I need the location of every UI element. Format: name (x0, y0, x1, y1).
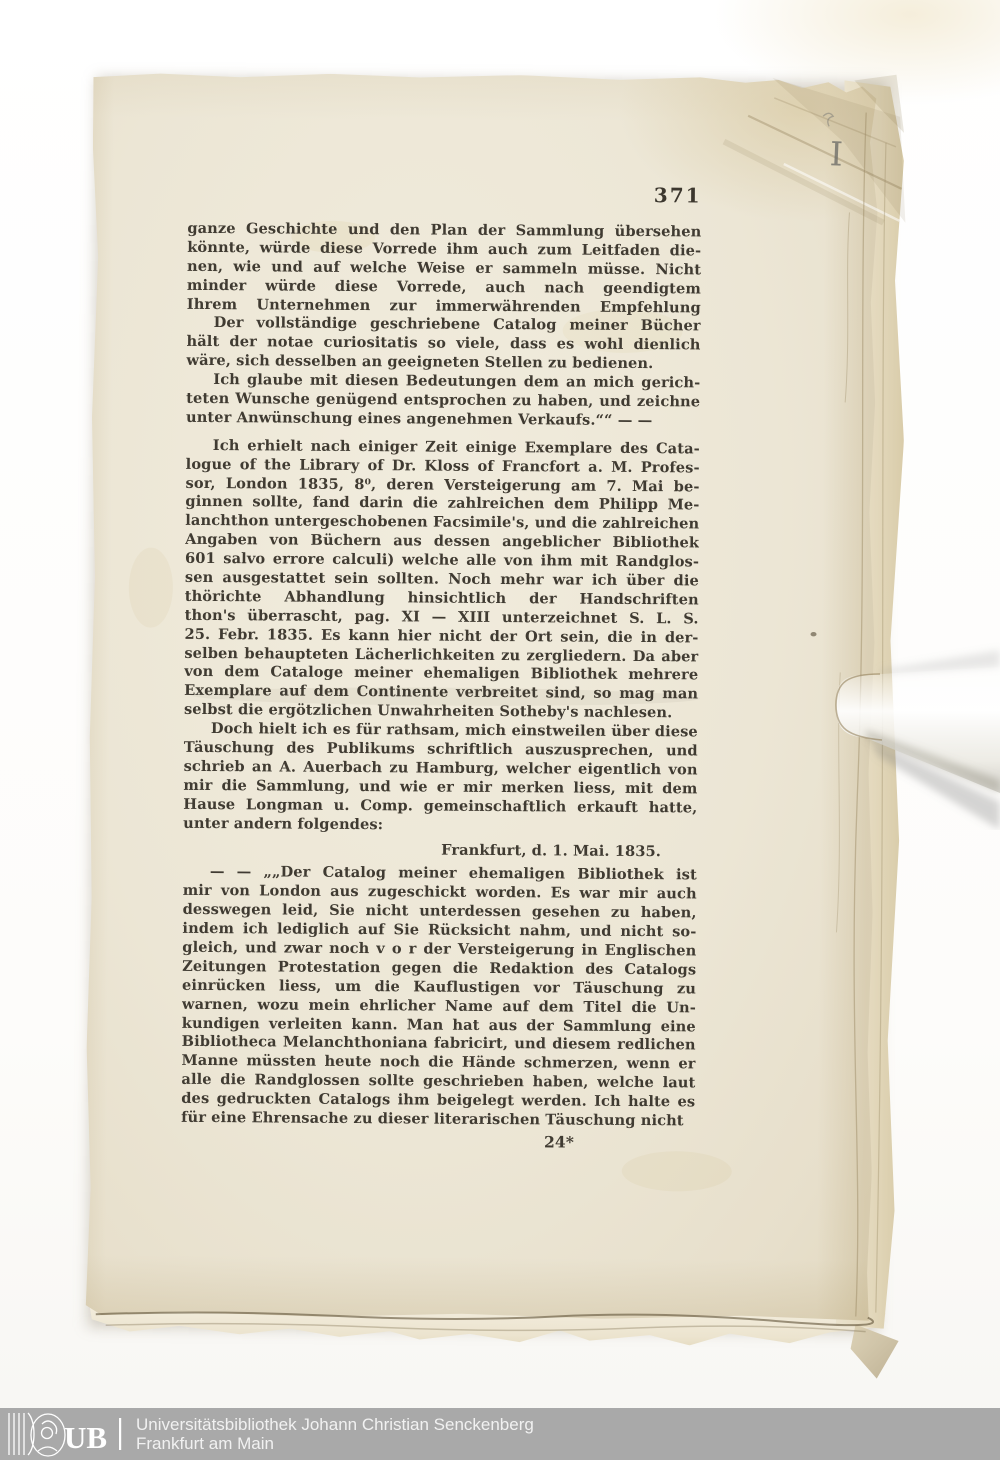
scanned-page: I 371 ganze Geschichte und den Plan der … (75, 67, 914, 1365)
text-line: unter andern folgendes: (183, 814, 697, 836)
paragraph-catalog: Der vollständige geschriebene Catalog me… (186, 314, 700, 374)
page-number: 371 (188, 180, 706, 208)
footer-library-name: Universitätsbibliothek Johann Christian … (136, 1415, 534, 1434)
crease-lines (723, 74, 906, 223)
paragraph-letter-body: — — „„Der Catalog meiner ehemaligen Bibl… (181, 863, 697, 1131)
paragraph-continuation: ganze Geschichte und den Plan der Sammlu… (187, 220, 702, 318)
portrait-face (42, 1428, 53, 1439)
page-text: ganze Geschichte und den Plan der Sammlu… (181, 220, 701, 1153)
paragraph-closing-quote: Ich glaube mit diesen Bedeutungen dem an… (186, 371, 700, 431)
logo-divider (119, 1418, 121, 1450)
text-line: für eine Ehrensache zu dieser literarisc… (181, 1109, 695, 1131)
portrait-shoulders (38, 1447, 57, 1451)
text-line: unter Anwünschung eines angenehmen Verka… (186, 409, 700, 431)
transparent-holder-strip (820, 630, 1000, 830)
library-logo: UB (6, 1411, 126, 1457)
portrait-oval (31, 1414, 65, 1456)
footer-city: Frankfurt am Main (136, 1434, 534, 1453)
footer-text: Universitätsbibliothek Johann Christian … (136, 1415, 534, 1453)
scan-background: I 371 ganze Geschichte und den Plan der … (0, 0, 1000, 1460)
paragraph-auerbach: Doch hielt ich es für rathsam, mich eins… (183, 720, 698, 837)
bottom-edge-lines (96, 1311, 873, 1333)
letter-dateline: Frankfurt, d. 1. Mai. 1835. (183, 839, 697, 861)
pencil-mark: I (829, 134, 844, 174)
library-footer-bar: UB Universitätsbibliothek Johann Christi… (0, 1408, 1000, 1460)
signature-mark: 24* (181, 1130, 695, 1154)
paragraph-kloss-catalogue: Ich erhielt nach einiger Zeit einige Exe… (184, 437, 700, 724)
logo-ub-text: UB (64, 1420, 107, 1455)
logo-line-art (9, 1413, 65, 1456)
